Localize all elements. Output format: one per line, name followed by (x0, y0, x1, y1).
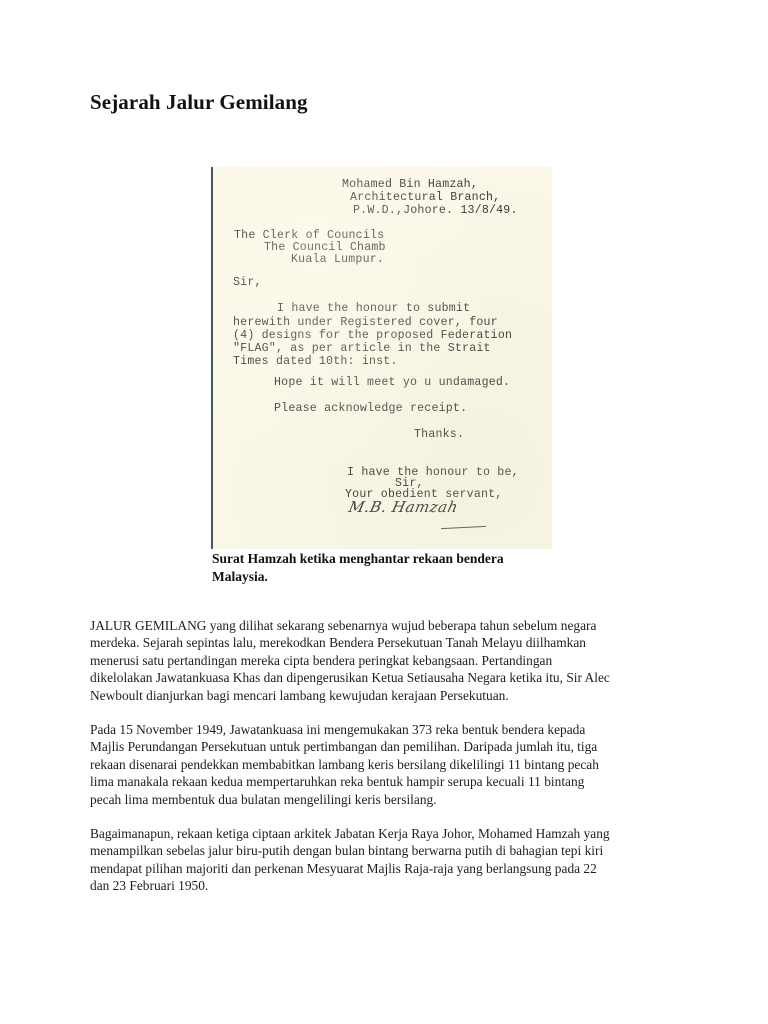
letter-acknowledge-line: Please acknowledge receipt. (274, 403, 467, 415)
paragraph-selection: Pada 15 November 1949, Jawatankuasa ini … (90, 721, 686, 808)
paragraph-line: menerusi satu pertandingan mereka cipta … (90, 652, 686, 669)
paragraph-line: pecah lima membentuk dua bulatan mengeli… (90, 791, 686, 808)
letter-hope-line: Hope it will meet yo u undamaged. (274, 377, 510, 389)
paragraph-line: Newboult dianjurkan bagi mencari lambang… (90, 687, 686, 704)
paragraph-line: rekaan disenarai pendekkan membabitkan l… (90, 756, 686, 773)
letter-closing-line: I have the honour to be, (347, 467, 519, 479)
letter-thanks: Thanks. (414, 429, 464, 441)
page-title: Sejarah Jalur Gemilang (90, 90, 308, 115)
paragraph-line: Majlis Perundangan Persekutuan untuk per… (90, 738, 686, 755)
paragraph-line: dikelolakan Jawatankuasa Khas dan dipeng… (90, 669, 686, 686)
letter-image: Mohamed Bin Hamzah, Architectural Branch… (211, 167, 552, 549)
paragraph-outcome: Bagaimanapun, rekaan ketiga ciptaan arki… (90, 825, 686, 895)
signature-underline (441, 526, 486, 529)
letter-recipient-place: The Council Chamb (264, 242, 386, 254)
letter-body-line: (4) designs for the proposed Federation (233, 330, 512, 342)
caption-line: Malaysia. (212, 568, 552, 586)
caption-line: Surat Hamzah ketika menghantar rekaan be… (212, 550, 552, 568)
paragraph-line: lima manakala rekaan kedua mempertaruhka… (90, 773, 686, 790)
paragraph-line: menampilkan sebelas jalur biru-putih den… (90, 842, 686, 859)
letter-body-line: I have the honour to submit (277, 303, 470, 315)
figure-caption: Surat Hamzah ketika menghantar rekaan be… (212, 550, 552, 586)
paragraph-intro: JALUR GEMILANG yang dilihat sekarang seb… (90, 617, 686, 704)
letter-recipient-title: The Clerk of Councils (234, 230, 384, 242)
paragraph-line: Bagaimanapun, rekaan ketiga ciptaan arki… (90, 825, 686, 842)
paragraph-line: Pada 15 November 1949, Jawatankuasa ini … (90, 721, 686, 738)
paragraph-line: JALUR GEMILANG yang dilihat sekarang seb… (90, 617, 686, 634)
letter-sender-name: Mohamed Bin Hamzah, (342, 179, 478, 191)
letter-body-line: Times dated 10th: inst. (233, 356, 398, 368)
letter-signature: M.B. Hamzah (347, 498, 460, 516)
letter-body-line: herewith under Registered cover, four (233, 317, 498, 329)
letter-recipient-city: Kuala Lumpur. (291, 254, 384, 266)
letter-body-line: "FLAG", as per article in the Strait (233, 343, 491, 355)
letter-salutation: Sir, (233, 277, 262, 289)
paragraph-line: merdeka. Sejarah sepintas lalu, merekodk… (90, 634, 686, 651)
paragraph-line: mendapat pilihan majoriti dan perkenan M… (90, 860, 686, 877)
letter-sender-branch: Architectural Branch, (350, 192, 500, 204)
letter-sender-address-date: P.W.D.,Johore. 13/8/49. (353, 205, 518, 217)
paragraph-line: dan 23 Februari 1950. (90, 877, 686, 894)
